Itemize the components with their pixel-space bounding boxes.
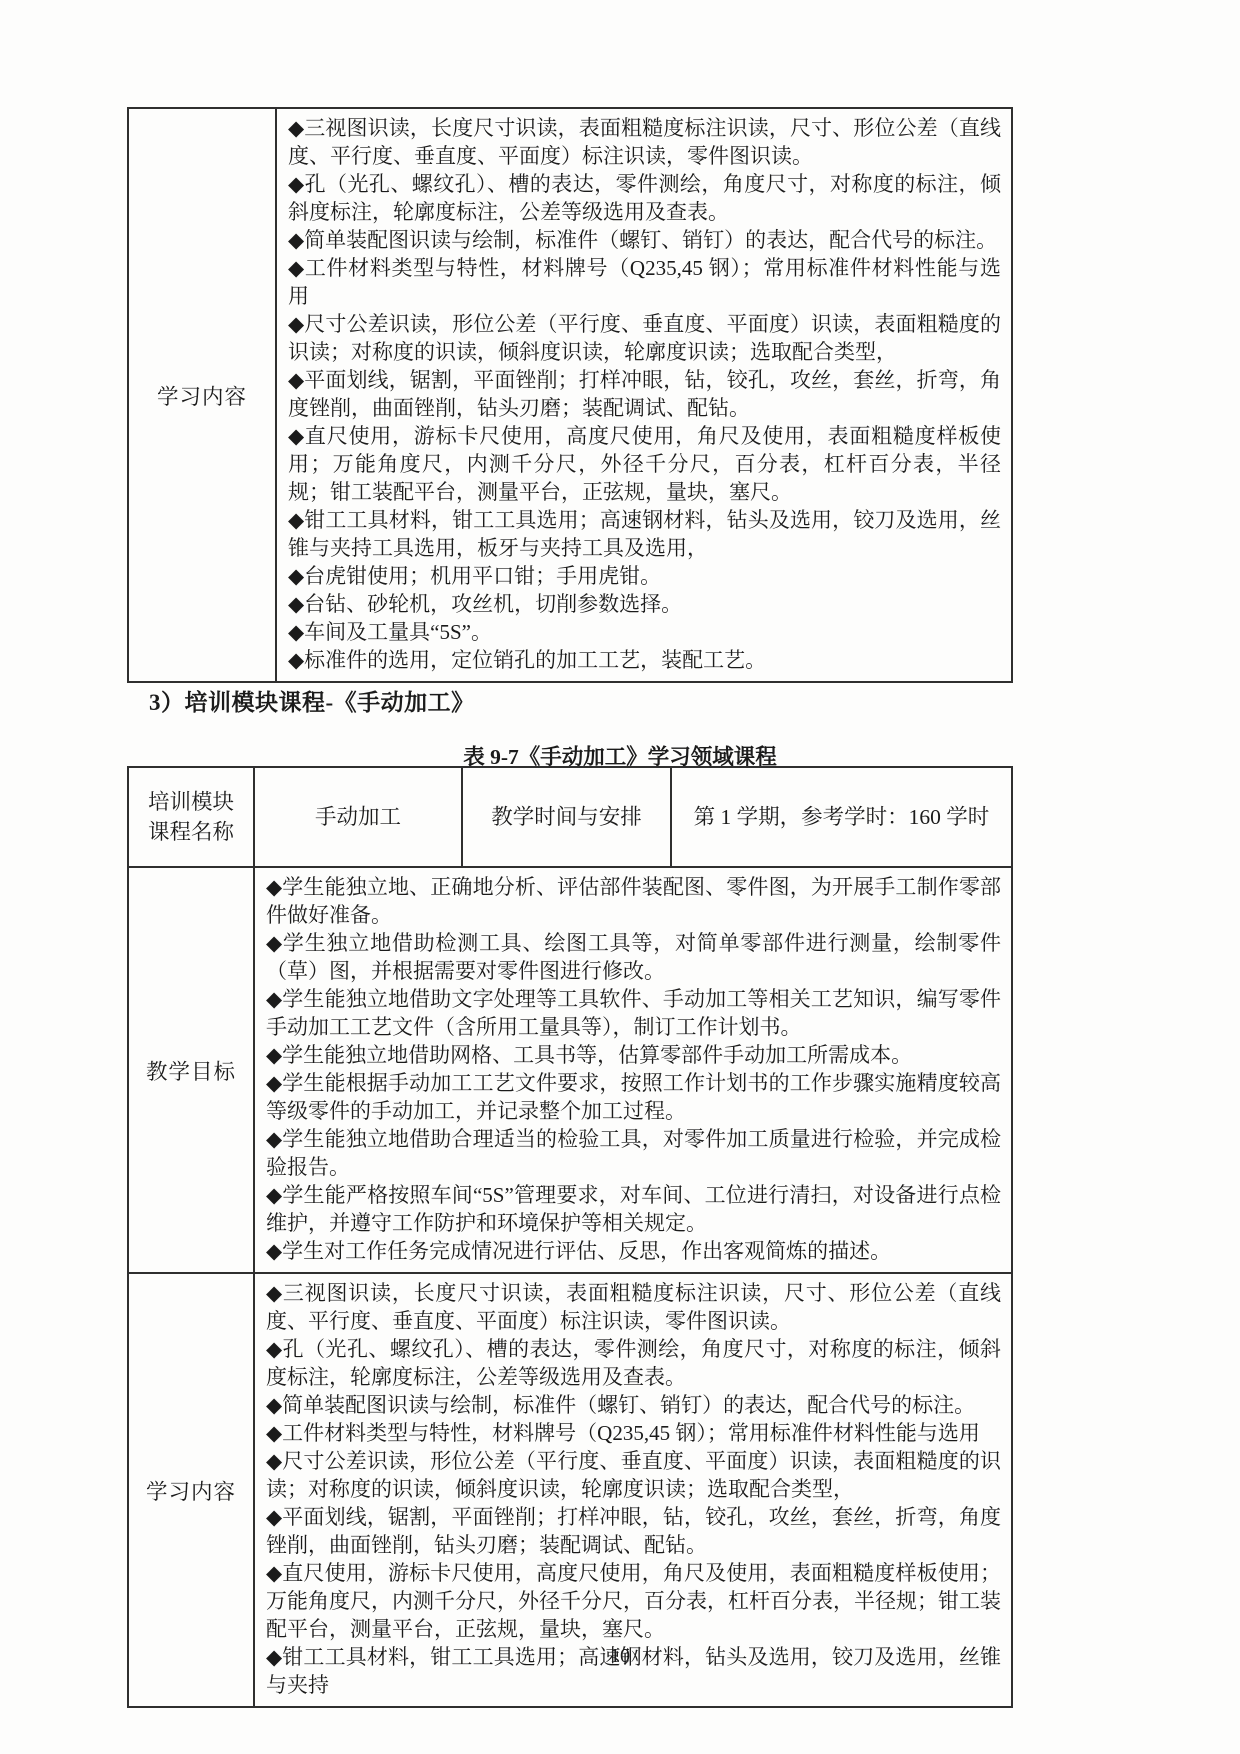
row-label-learning-content: 学习内容 [128, 108, 276, 682]
bullet-item: ◆孔（光孔、螺纹孔）、槽的表达，零件测绘，角度尺寸，对称度的标注，倾斜度标注，轮… [266, 1335, 1001, 1391]
bullet-item: ◆三视图识读，长度尺寸识读，表面粗糙度标注识读，尺寸、形位公差（直线度、平行度、… [266, 1279, 1001, 1335]
header-schedule-label: 教学时间与安排 [462, 767, 671, 867]
bullet-item: ◆简单装配图识读与绘制，标准件（螺钉、销钉）的表达，配合代号的标注。 [288, 226, 1001, 254]
bullet-item: ◆学生能独立地借助文字处理等工具软件、手动加工等相关工艺知识，编写零件手动加工工… [266, 985, 1001, 1041]
bullet-item: ◆平面划线，锯割，平面锉削；打样冲眼，钻，铰孔，攻丝，套丝，折弯，角度锉削，曲面… [266, 1503, 1001, 1559]
page-number: 10 [0, 1645, 1240, 1668]
bullet-item: ◆尺寸公差识读，形位公差（平行度、垂直度、平面度）识读，表面粗糙度的识读；对称度… [288, 310, 1001, 366]
learning-content-bullets-2: ◆三视图识读，长度尺寸识读，表面粗糙度标注识读，尺寸、形位公差（直线度、平行度、… [254, 1273, 1012, 1707]
bullet-item: ◆平面划线，锯割，平面锉削；打样冲眼，钻，铰孔，攻丝，套丝，折弯，角度锉削，曲面… [288, 366, 1001, 422]
bullet-item: ◆学生能根据手动加工工艺文件要求，按照工作计划书的工作步骤实施精度较高等级零件的… [266, 1069, 1001, 1125]
table-row-objectives: 教学目标 ◆学生能独立地、正确地分析、评估部件装配图、零件图，为开展手工制作零部… [128, 867, 1012, 1273]
course-table: 培训模块 课程名称 手动加工 教学时间与安排 第 1 学期，参考学时：160 学… [127, 766, 1013, 1708]
bullet-item: ◆学生能独立地借助合理适当的检验工具，对零件加工质量进行检验，并完成检验报告。 [266, 1125, 1001, 1181]
bullet-item: ◆学生能严格按照车间“5S”管理要求，对车间、工位进行清扫，对设备进行点检维护，… [266, 1181, 1001, 1237]
bullet-item: ◆台虎钳使用；机用平口钳；手用虎钳。 [288, 562, 1001, 590]
bullet-item: ◆学生能独立地借助网格、工具书等，估算零部件手动加工所需成本。 [266, 1041, 1001, 1069]
bullet-item: ◆直尺使用，游标卡尺使用，高度尺使用，角尺及使用，表面粗糙度样板使用；万能角度尺… [288, 422, 1001, 506]
teaching-objectives-bullets: ◆学生能独立地、正确地分析、评估部件装配图、零件图，为开展手工制作零部件做好准备… [254, 867, 1012, 1273]
document-page: 学习内容 ◆三视图识读，长度尺寸识读，表面粗糙度标注识读，尺寸、形位公差（直线度… [0, 0, 1240, 1754]
header-module-line2: 课程名称 [135, 817, 247, 847]
table-row-learning-content: 学习内容 ◆三视图识读，长度尺寸识读，表面粗糙度标注识读，尺寸、形位公差（直线度… [128, 1273, 1012, 1707]
row-label-learning-content-2: 学习内容 [128, 1273, 254, 1707]
bullet-item: ◆工件材料类型与特性，材料牌号（Q235,45 钢）；常用标准件材料性能与选用 [266, 1419, 1001, 1447]
bullet-item: ◆学生对工作任务完成情况进行评估、反思，作出客观简炼的描述。 [266, 1237, 1001, 1265]
bullet-item: ◆台钻、砂轮机，攻丝机，切削参数选择。 [288, 590, 1001, 618]
row-label-teaching-objectives: 教学目标 [128, 867, 254, 1273]
bullet-item: ◆简单装配图识读与绘制，标准件（螺钉、销钉）的表达，配合代号的标注。 [266, 1391, 1001, 1419]
bullet-item: ◆标准件的选用，定位销孔的加工工艺，装配工艺。 [288, 646, 1001, 674]
header-module-line1: 培训模块 [135, 787, 247, 817]
bullet-item: ◆钳工工具材料，钳工工具选用；高速钢材料，钻头及选用，铰刀及选用，丝锥与夹持工具… [288, 506, 1001, 562]
bullet-item: ◆学生独立地借助检测工具、绘图工具等，对简单零部件进行测量，绘制零件（草）图，并… [266, 929, 1001, 985]
learning-content-continuation-table: 学习内容 ◆三视图识读，长度尺寸识读，表面粗糙度标注识读，尺寸、形位公差（直线度… [127, 107, 1013, 683]
bullet-item: ◆学生能独立地、正确地分析、评估部件装配图、零件图，为开展手工制作零部件做好准备… [266, 873, 1001, 929]
bullet-item: ◆直尺使用，游标卡尺使用，高度尺使用，角尺及使用，表面粗糙度样板使用；万能角度尺… [266, 1559, 1001, 1643]
header-course-name: 手动加工 [254, 767, 462, 867]
header-schedule-value: 第 1 学期，参考学时：160 学时 [671, 767, 1012, 867]
bullet-item: ◆车间及工量具“5S”。 [288, 618, 1001, 646]
header-module-course-name: 培训模块 课程名称 [128, 767, 254, 867]
bullet-item: ◆尺寸公差识读，形位公差（平行度、垂直度、平面度）识读，表面粗糙度的识读；对称度… [266, 1447, 1001, 1503]
section-heading: 3）培训模块课程-《手动加工》 [149, 684, 475, 717]
course-table-header-row: 培训模块 课程名称 手动加工 教学时间与安排 第 1 学期，参考学时：160 学… [128, 767, 1012, 867]
table-row: 学习内容 ◆三视图识读，长度尺寸识读，表面粗糙度标注识读，尺寸、形位公差（直线度… [128, 108, 1012, 682]
learning-content-bullets: ◆三视图识读，长度尺寸识读，表面粗糙度标注识读，尺寸、形位公差（直线度、平行度、… [276, 108, 1012, 682]
bullet-item: ◆工件材料类型与特性，材料牌号（Q235,45 钢）；常用标准件材料性能与选用 [288, 254, 1001, 310]
bullet-item: ◆孔（光孔、螺纹孔）、槽的表达，零件测绘，角度尺寸，对称度的标注，倾斜度标注，轮… [288, 170, 1001, 226]
bullet-item: ◆三视图识读，长度尺寸识读，表面粗糙度标注识读，尺寸、形位公差（直线度、平行度、… [288, 114, 1001, 170]
